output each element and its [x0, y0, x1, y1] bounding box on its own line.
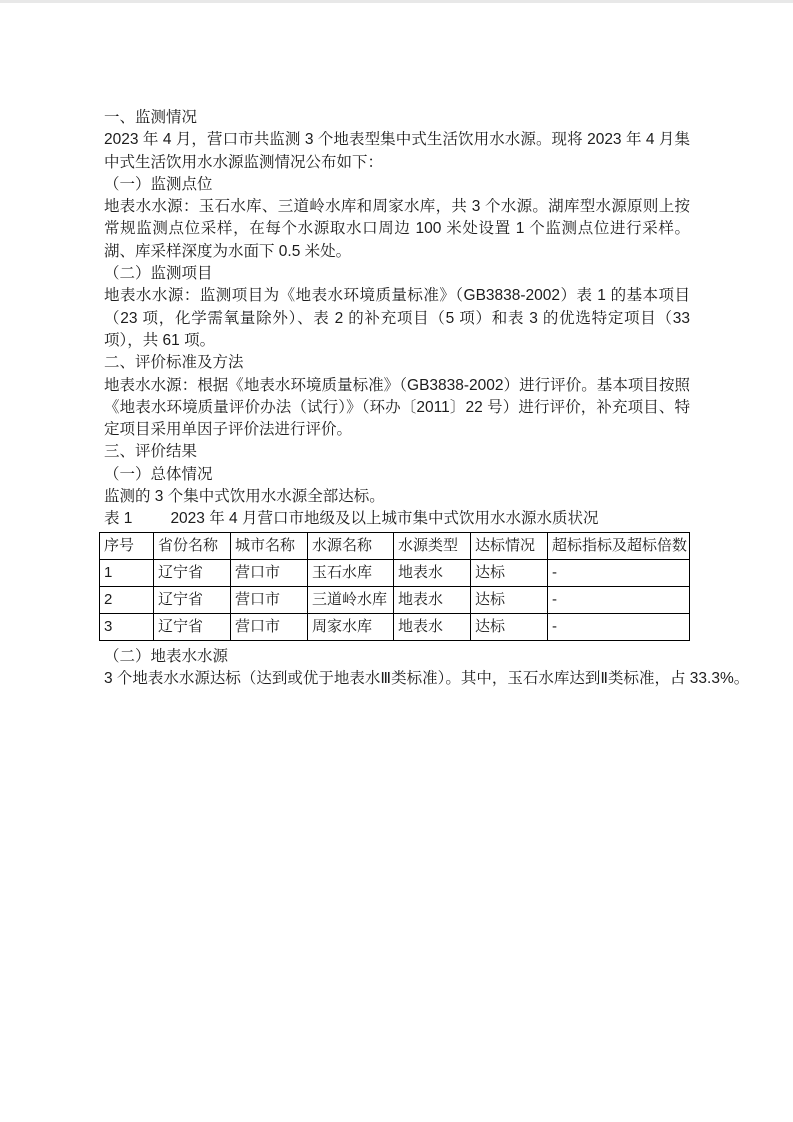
table-caption: 表 12023 年 4 月营口市地级及以上城市集中式饮用水水源水质状况 [104, 508, 690, 530]
paragraph: 地表水水源：玉石水库、三道岭水库和周家水库，共 3 个水源。湖库型水源原则上按常… [104, 196, 690, 263]
table-cell: - [548, 613, 690, 640]
paragraph: 监测的 3 个集中式饮用水水源全部达标。 [104, 486, 690, 508]
table-cell: 地表水 [394, 613, 471, 640]
table-cell: 地表水 [394, 559, 471, 586]
table-cell: 营口市 [231, 613, 308, 640]
table-cell: 达标 [471, 613, 548, 640]
document-text-bottom: （二）地表水水源3 个地表水水源达标（达到或优于地表水Ⅲ类标准）。其中，玉石水库… [104, 646, 690, 691]
table-cell: - [548, 586, 690, 613]
table-cell: 周家水库 [308, 613, 394, 640]
table-header-cell: 省份名称 [154, 532, 231, 559]
table-header-cell: 达标情况 [471, 532, 548, 559]
table-cell: 达标 [471, 559, 548, 586]
section-heading: 一、监测情况 [104, 107, 690, 129]
document-content: 一、监测情况2023 年 4 月，营口市共监测 3 个地表型集中式生活饮用水水源… [104, 107, 690, 690]
table-cell: - [548, 559, 690, 586]
table-row: 2辽宁省营口市三道岭水库地表水达标- [100, 586, 690, 613]
table-cell: 玉石水库 [308, 559, 394, 586]
table-header-cell: 超标指标及超标倍数 [548, 532, 690, 559]
table-header-row: 序号省份名称城市名称水源名称水源类型达标情况超标指标及超标倍数 [100, 532, 690, 559]
paragraph: 2023 年 4 月，营口市共监测 3 个地表型集中式生活饮用水水源。现将 20… [104, 129, 690, 174]
table-cell: 辽宁省 [154, 586, 231, 613]
paragraph: 地表水水源：监测项目为《地表水环境质量标准》（GB3838-2002）表 1 的… [104, 285, 690, 352]
section-heading: （二）监测项目 [104, 263, 690, 285]
water-quality-table: 序号省份名称城市名称水源名称水源类型达标情况超标指标及超标倍数 1辽宁省营口市玉… [99, 532, 690, 641]
table-header-cell: 水源类型 [394, 532, 471, 559]
table-header-cell: 序号 [100, 532, 154, 559]
table-row: 3辽宁省营口市周家水库地表水达标- [100, 613, 690, 640]
table-head: 序号省份名称城市名称水源名称水源类型达标情况超标指标及超标倍数 [100, 532, 690, 559]
table-header-cell: 城市名称 [231, 532, 308, 559]
table-body: 1辽宁省营口市玉石水库地表水达标-2辽宁省营口市三道岭水库地表水达标-3辽宁省营… [100, 559, 690, 640]
table-caption-label: 表 1 [104, 510, 132, 527]
page-top-edge [0, 0, 793, 3]
paragraph: 3 个地表水水源达标（达到或优于地表水Ⅲ类标准）。其中，玉石水库达到Ⅱ类标准，占… [104, 668, 690, 690]
document-text-top: 一、监测情况2023 年 4 月，营口市共监测 3 个地表型集中式生活饮用水水源… [104, 107, 690, 508]
table-caption-title: 2023 年 4 月营口市地级及以上城市集中式饮用水水源水质状况 [170, 510, 598, 527]
table-cell: 辽宁省 [154, 559, 231, 586]
section-heading: （一）监测点位 [104, 174, 690, 196]
table-cell: 辽宁省 [154, 613, 231, 640]
table-cell: 三道岭水库 [308, 586, 394, 613]
document-page: 一、监测情况2023 年 4 月，营口市共监测 3 个地表型集中式生活饮用水水源… [0, 0, 793, 1122]
table-cell: 达标 [471, 586, 548, 613]
table-cell: 营口市 [231, 586, 308, 613]
table-cell: 1 [100, 559, 154, 586]
section-heading: （一）总体情况 [104, 464, 690, 486]
table-cell: 地表水 [394, 586, 471, 613]
table-cell: 3 [100, 613, 154, 640]
table-cell: 2 [100, 586, 154, 613]
paragraph: 地表水水源：根据《地表水环境质量标准》（GB3838-2002）进行评价。基本项… [104, 375, 690, 442]
section-heading: 二、评价标准及方法 [104, 352, 690, 374]
table-header-cell: 水源名称 [308, 532, 394, 559]
table-cell: 营口市 [231, 559, 308, 586]
table-row: 1辽宁省营口市玉石水库地表水达标- [100, 559, 690, 586]
section-heading: （二）地表水水源 [104, 646, 690, 668]
section-heading: 三、评价结果 [104, 441, 690, 463]
